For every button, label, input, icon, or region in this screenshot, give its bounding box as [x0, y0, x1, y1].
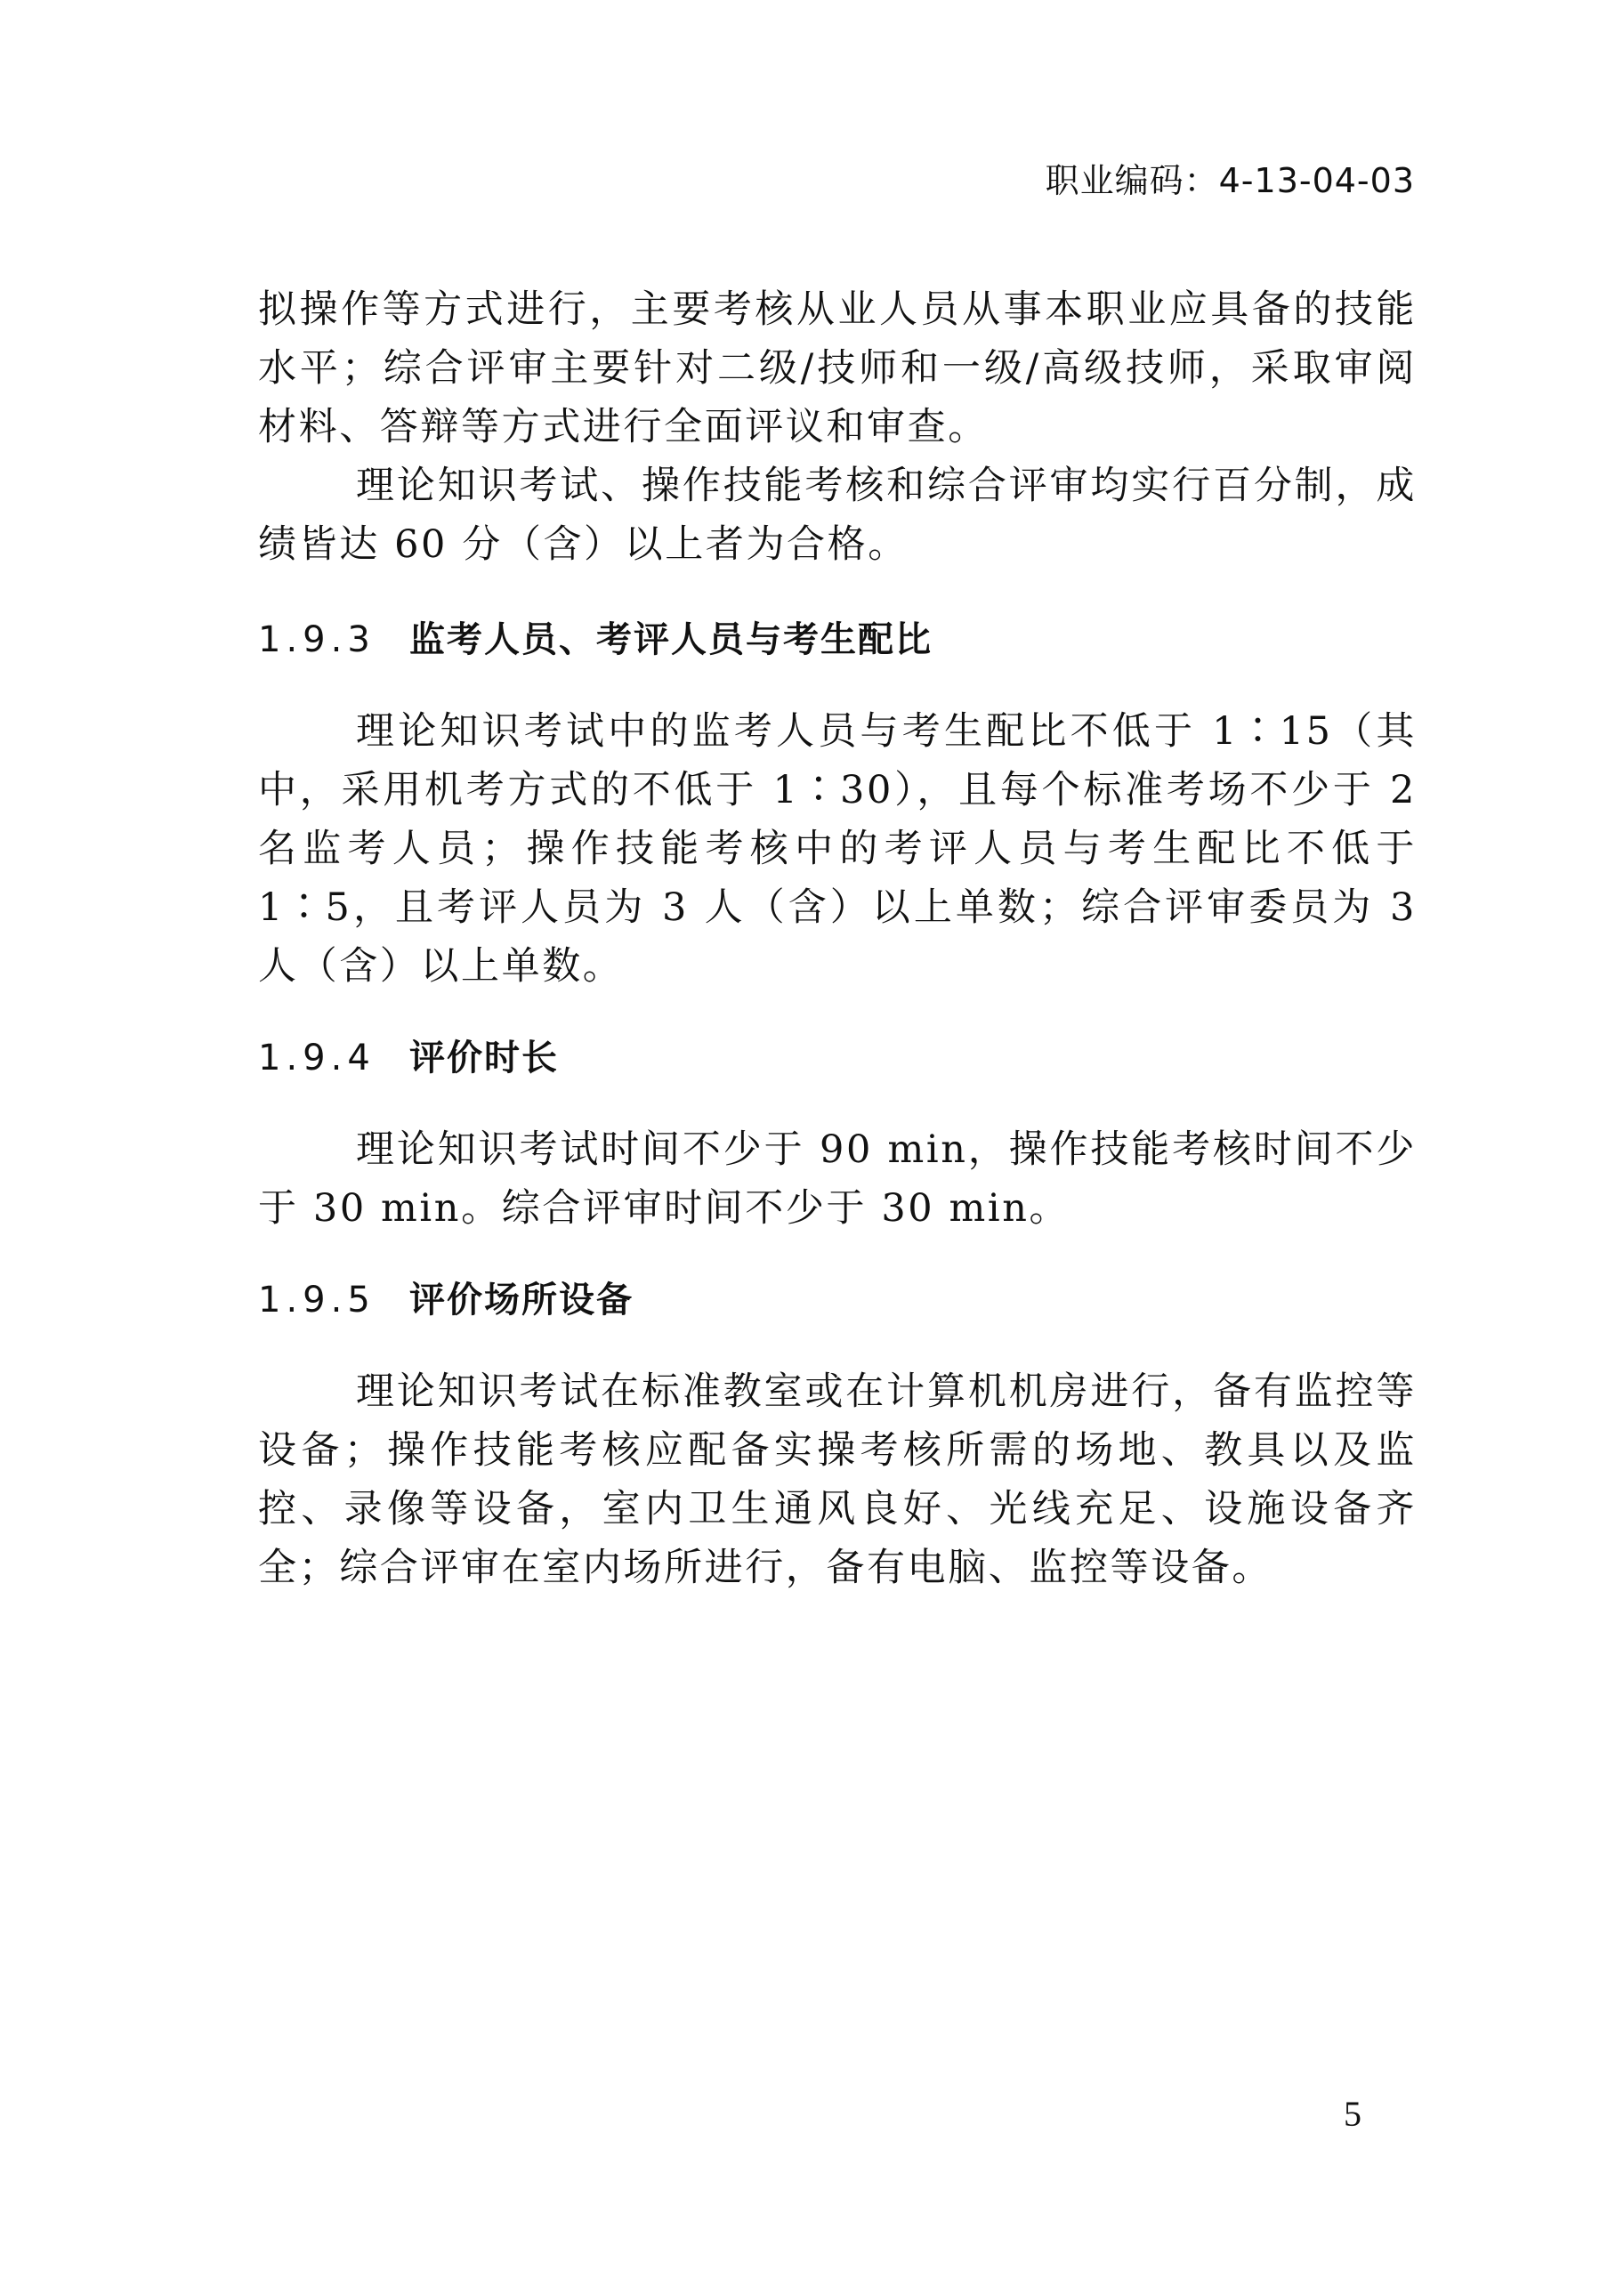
- section-heading-1-9-4: 1.9.4评价时长: [258, 1031, 1417, 1085]
- section-title: 评价时长: [409, 1038, 559, 1078]
- document-page: 职业编码：4-13-04-03 拟操作等方式进行，主要考核从业人员从事本职业应具…: [0, 0, 1624, 2278]
- scoring-paragraph: 理论知识考试、操作技能考核和综合评审均实行百分制，成绩皆达 60 分（含）以上者…: [258, 456, 1417, 574]
- proctor-ratio-paragraph: 理论知识考试中的监考人员与考生配比不低于 1∶15（其中，采用机考方式的不低于 …: [258, 702, 1417, 996]
- venue-equipment-paragraph: 理论知识考试在标准教室或在计算机机房进行，备有监控等设备；操作技能考核应配备实操…: [258, 1362, 1417, 1597]
- section-heading-1-9-3: 1.9.3监考人员、考评人员与考生配比: [258, 613, 1417, 666]
- section-number: 1.9.4: [258, 1031, 409, 1085]
- section-number: 1.9.5: [258, 1273, 409, 1327]
- page-number: 5: [1344, 2093, 1361, 2135]
- duration-paragraph: 理论知识考试时间不少于 90 min，操作技能考核时间不少于 30 min。综合…: [258, 1120, 1417, 1238]
- section-title: 监考人员、考评人员与考生配比: [409, 619, 933, 660]
- section-number: 1.9.3: [258, 613, 409, 666]
- continued-paragraph: 拟操作等方式进行，主要考核从业人员从事本职业应具备的技能水平；综合评审主要针对二…: [258, 280, 1417, 456]
- section-title: 评价场所设备: [409, 1280, 634, 1321]
- page-body: 拟操作等方式进行，主要考核从业人员从事本职业应具备的技能水平；综合评审主要针对二…: [258, 280, 1417, 1597]
- section-heading-1-9-5: 1.9.5评价场所设备: [258, 1273, 1417, 1327]
- occupation-code-header: 职业编码：4-13-04-03: [1046, 153, 1415, 202]
